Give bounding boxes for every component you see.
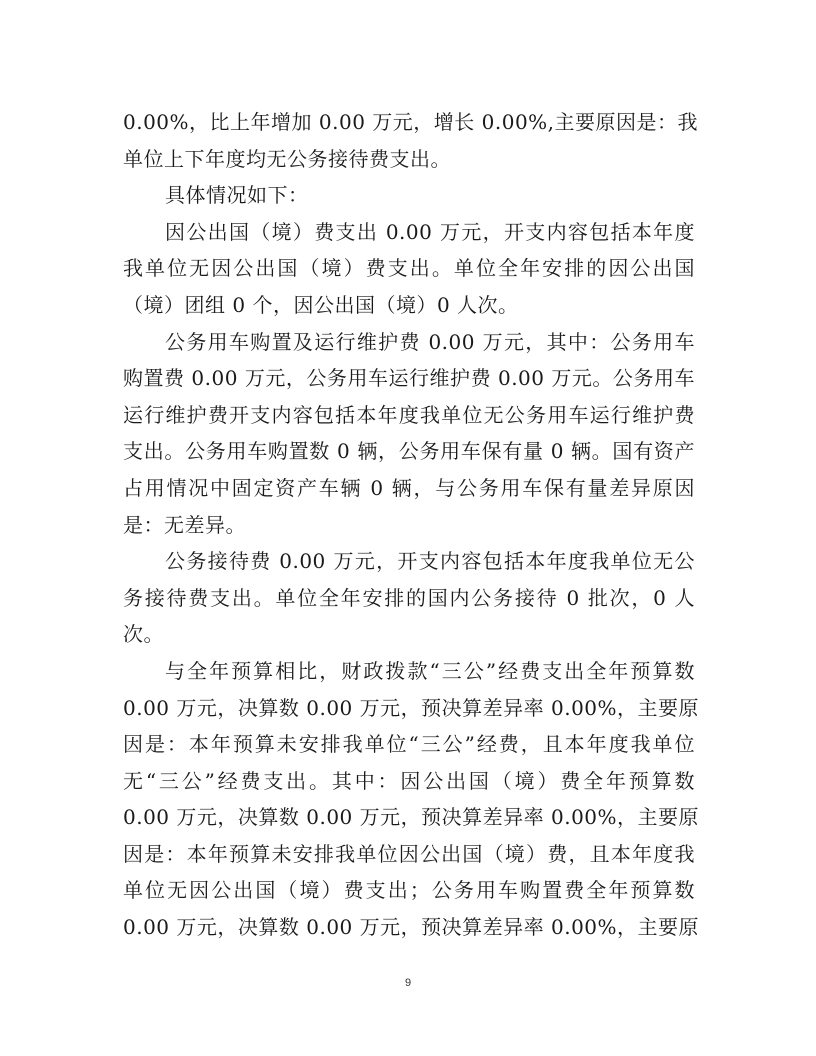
text-line: 购置费 0.00 万元，公务用车运行维护费 0.00 万元。公务用车 [123,360,695,397]
text-line: 与全年预算相比，财政拨款“三公”经费支出全年预算数 [123,653,695,690]
text-line: 无“三公”经费支出。其中：因公出国（境）费全年预算数 [123,763,695,800]
paragraph-official-reception: 公务接待费 0.00 万元，开支内容包括本年度我单位无公 务接待费支出。单位全年… [123,543,695,653]
text-line: 务接待费支出。单位全年安排的国内公务接待 0 批次，0 人 [123,580,695,617]
text-line: 占用情况中固定资产车辆 0 辆，与公务用车保有量差异原因 [123,470,695,507]
paragraph-details-intro: 具体情况如下： [123,177,695,214]
text-line: 因公出国（境）费支出 0.00 万元，开支内容包括本年度 [123,214,695,251]
text-line: 支出。公务用车购置数 0 辆，公务用车保有量 0 辆。国有资产 [123,433,695,470]
page-number: 9 [0,977,816,989]
text-line: 运行维护费开支内容包括本年度我单位无公务用车运行维护费 [123,397,695,434]
text-line: 次。 [123,616,695,653]
text-line: 因是：本年预算未安排我单位因公出国（境）费，且本年度我 [123,836,695,873]
text-line: 0.00 万元，决算数 0.00 万元，预决算差异率 0.00%，主要原 [123,799,695,836]
document-page: 0.00%，比上年增加 0.00 万元，增长 0.00%,主要原因是：我 单位上… [0,0,816,1056]
paragraph-official-vehicles: 公务用车购置及运行维护费 0.00 万元，其中：公务用车 购置费 0.00 万元… [123,324,695,544]
body-text: 0.00%，比上年增加 0.00 万元，增长 0.00%,主要原因是：我 单位上… [123,104,695,946]
paragraph-overseas-travel: 因公出国（境）费支出 0.00 万元，开支内容包括本年度 我单位无因公出国（境）… [123,214,695,324]
text-line: 是：无差异。 [123,507,695,544]
text-line: （境）团组 0 个，因公出国（境）0 人次。 [123,287,695,324]
text-line: 单位无因公出国（境）费支出；公务用车购置费全年预算数 [123,872,695,909]
text-line: 0.00 万元，决算数 0.00 万元，预决算差异率 0.00%，主要原 [123,690,695,727]
text-line: 0.00%，比上年增加 0.00 万元，增长 0.00%,主要原因是：我 [123,104,695,141]
paragraph-budget-comparison-continuation: 0.00%，比上年增加 0.00 万元，增长 0.00%,主要原因是：我 单位上… [123,104,695,177]
text-line: 公务接待费 0.00 万元，开支内容包括本年度我单位无公 [123,543,695,580]
text-line: 0.00 万元，决算数 0.00 万元，预决算差异率 0.00%，主要原 [123,909,695,946]
text-line: 我单位无因公出国（境）费支出。单位全年安排的因公出国 [123,250,695,287]
paragraph-budget-vs-actual: 与全年预算相比，财政拨款“三公”经费支出全年预算数 0.00 万元，决算数 0.… [123,653,695,946]
text-line: 单位上下年度均无公务接待费支出。 [123,141,695,178]
text-line: 具体情况如下： [123,177,695,214]
text-line: 公务用车购置及运行维护费 0.00 万元，其中：公务用车 [123,324,695,361]
text-line: 因是：本年预算未安排我单位“三公”经费，且本年度我单位 [123,726,695,763]
